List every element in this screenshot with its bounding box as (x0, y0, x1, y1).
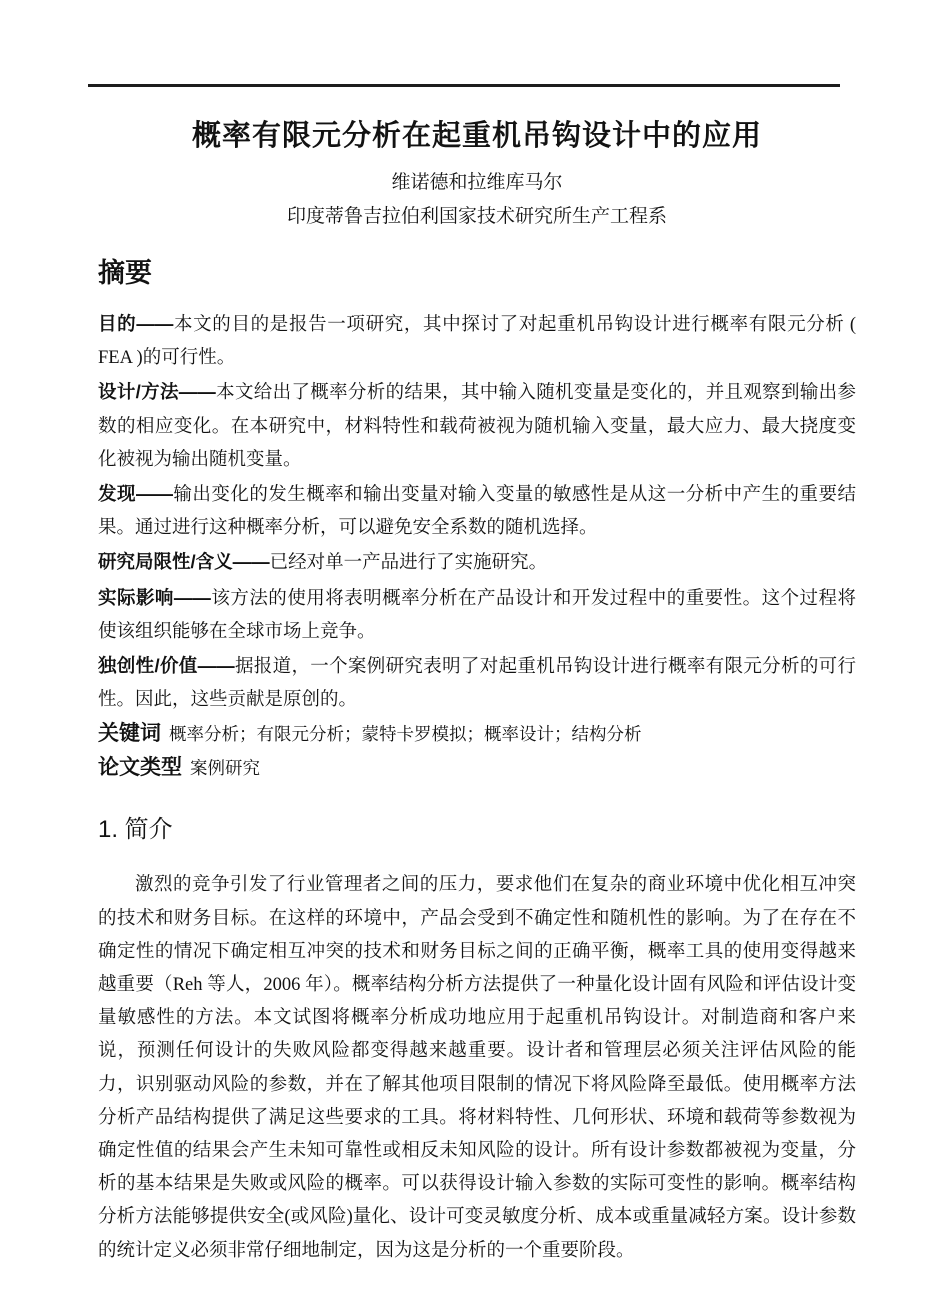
document-page: 概率有限元分析在起重机吊钩设计中的应用 维诺德和拉维库马尔 印度蒂鲁吉拉伯利国家… (0, 0, 926, 1309)
keywords-line: 关键词概率分析；有限元分析；蒙特卡罗模拟；概率设计；结构分析 (98, 717, 856, 751)
paper-type-text: 案例研究 (190, 758, 260, 778)
abstract-entry-implications: 实际影响——该方法的使用将表明概率分析在产品设计和开发过程中的重要性。这个过程将… (98, 581, 856, 649)
abstract-entry-text: 本文的目的是报告一项研究，其中探讨了对起重机吊钩设计进行概率有限元分析 ( FE… (98, 315, 856, 368)
abstract-entry-text: 该方法的使用将表明概率分析在产品设计和开发过程中的重要性。这个过程将使该组织能够… (98, 589, 856, 642)
paper-type-label: 论文类型 (98, 756, 182, 779)
affiliation: 印度蒂鲁吉拉伯利国家技术研究所生产工程系 (98, 205, 856, 229)
keywords-text: 概率分析；有限元分析；蒙特卡罗模拟；概率设计；结构分析 (169, 724, 642, 744)
introduction-paragraph: 激烈的竞争引发了行业管理者之间的压力，要求他们在复杂的商业环境中优化相互冲突的技… (98, 869, 856, 1267)
abstract-entry-text: 已经对单一产品进行了实施研究。 (270, 553, 548, 573)
abstract-entry-label: 发现—— (98, 483, 173, 504)
abstract-entry-label: 目的—— (98, 313, 173, 334)
abstract-entry-label: 独创性/价值—— (98, 655, 235, 676)
keywords-label: 关键词 (98, 722, 161, 745)
paper-type-line: 论文类型案例研究 (98, 751, 856, 785)
abstract-entry-design: 设计/方法——本文给出了概率分析的结果，其中输入随机变量是变化的，并且观察到输出… (98, 375, 856, 477)
abstract-entry-label: 实际影响—— (98, 587, 211, 608)
authors: 维诺德和拉维库马尔 (98, 171, 856, 195)
abstract-entry-purpose: 目的——本文的目的是报告一项研究，其中探讨了对起重机吊钩设计进行概率有限元分析 … (98, 307, 856, 375)
abstract-entry-label: 研究局限性/含义—— (98, 551, 270, 572)
abstract-entry-originality: 独创性/价值——据报道，一个案例研究表明了对起重机吊钩设计进行概率有限元分析的可… (98, 649, 856, 717)
section-heading-introduction: 1. 简介 (98, 815, 856, 845)
abstract-entry-text: 输出变化的发生概率和输出变量对输入变量的敏感性是从这一分析中产生的重要结果。通过… (98, 485, 856, 538)
header-rule (88, 84, 840, 87)
abstract-entry-label: 设计/方法—— (98, 381, 216, 402)
page-title: 概率有限元分析在起重机吊钩设计中的应用 (98, 117, 856, 155)
abstract-heading: 摘要 (98, 257, 856, 289)
abstract-entry-findings: 发现——输出变化的发生概率和输出变量对输入变量的敏感性是从这一分析中产生的重要结… (98, 477, 856, 545)
abstract-entry-limitations: 研究局限性/含义——已经对单一产品进行了实施研究。 (98, 545, 856, 580)
document-content: 概率有限元分析在起重机吊钩设计中的应用 维诺德和拉维库马尔 印度蒂鲁吉拉伯利国家… (98, 117, 856, 1268)
